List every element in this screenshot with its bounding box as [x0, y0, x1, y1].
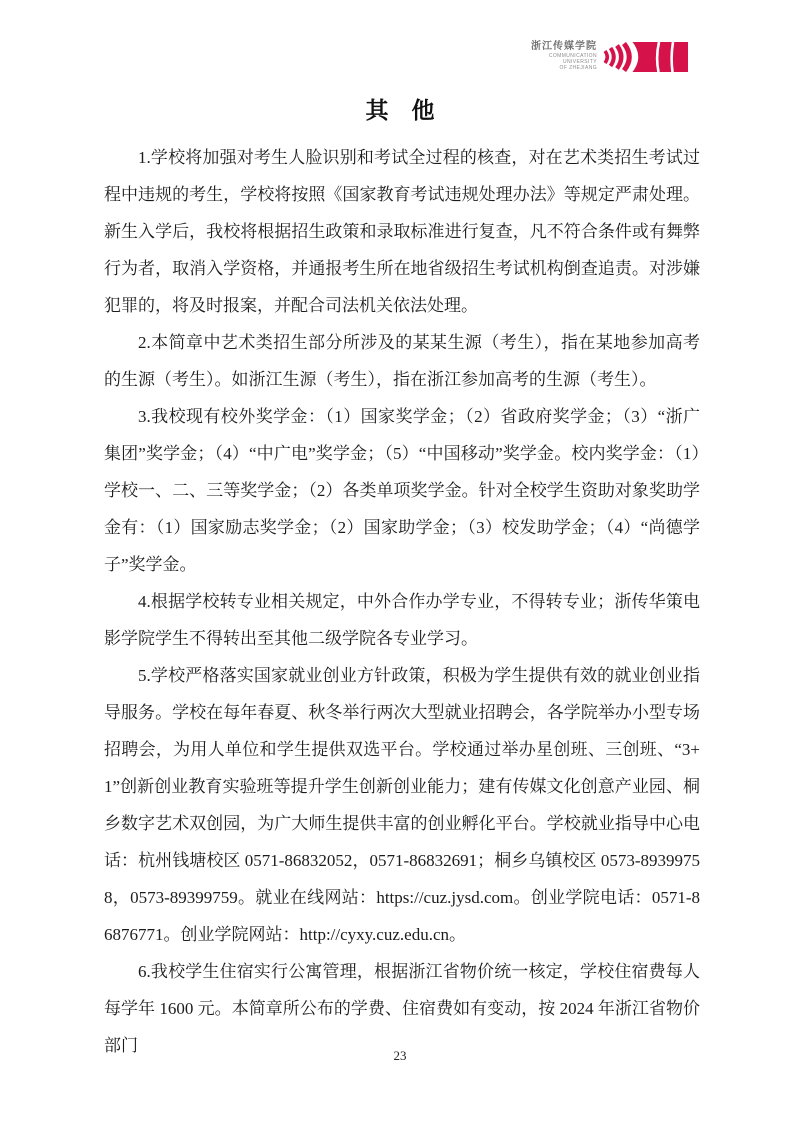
- logo-mark-icon: [602, 42, 688, 72]
- paragraph-3: 3.我校现有校外奖学金：（1）国家奖学金；（2）省政府奖学金；（3）“浙广集团”…: [104, 398, 700, 583]
- document-page: 浙江传媒学院 COMMUNICATION UNIVERSITY OF ZHEJI…: [0, 0, 800, 1132]
- logo-text-block: 浙江传媒学院 COMMUNICATION UNIVERSITY OF ZHEJI…: [531, 40, 597, 71]
- paragraph-2: 2.本简章中艺术类招生部分所涉及的某某生源（考生），指在某地参加高考的生源（考生…: [104, 324, 700, 398]
- paragraph-5: 5.学校严格落实国家就业创业方针政策，积极为学生提供有效的就业创业指导服务。学校…: [104, 657, 700, 953]
- logo-english-name: COMMUNICATION UNIVERSITY OF ZHEJIANG: [531, 53, 597, 71]
- paragraph-4: 4.根据学校转专业相关规定，中外合作办学专业，不得转专业；浙传华策电影学院学生不…: [104, 583, 700, 657]
- university-logo: 浙江传媒学院 COMMUNICATION UNIVERSITY OF ZHEJI…: [531, 40, 688, 72]
- logo-chinese-name: 浙江传媒学院: [531, 41, 597, 52]
- logo-english-line: OF ZHEJIANG: [531, 65, 597, 71]
- page-title: 其 他: [0, 92, 800, 125]
- document-body: 1.学校将加强对考生人脸识别和考试全过程的核查，对在艺术类招生考试过程中违规的考…: [104, 139, 700, 1064]
- page-number: 23: [0, 1048, 800, 1064]
- paragraph-1: 1.学校将加强对考生人脸识别和考试全过程的核查，对在艺术类招生考试过程中违规的考…: [104, 139, 700, 324]
